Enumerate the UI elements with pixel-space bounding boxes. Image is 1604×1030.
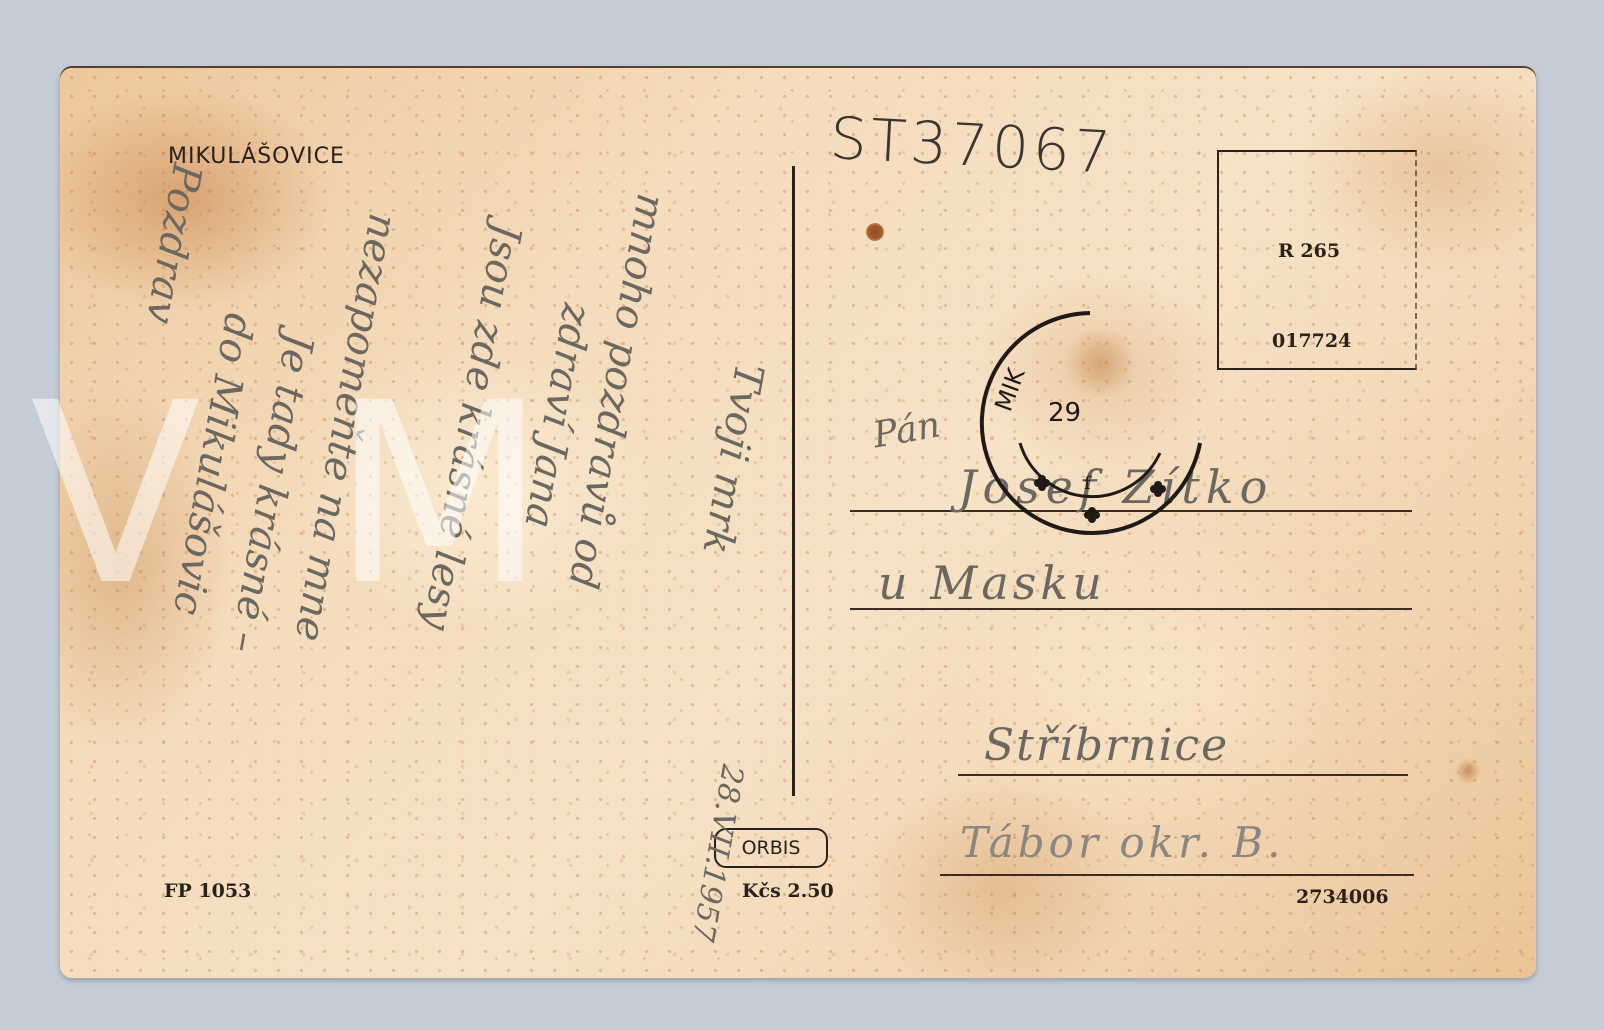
cross-ornament-icon <box>1034 475 1166 523</box>
postmark-letter: f <box>1084 473 1092 494</box>
publisher-logo-text: ORBIS <box>742 837 801 859</box>
stain-spot <box>1455 758 1481 784</box>
address-line-3 <box>958 774 1408 776</box>
address-line-4 <box>940 874 1414 876</box>
message-line: Jsou zde krásné lesy <box>413 220 530 633</box>
price-label: Kčs 2.50 <box>742 880 834 902</box>
postmark-day: 29 <box>1048 398 1081 428</box>
postmark-stamp: 29 MIK f <box>960 293 1220 553</box>
serial-number: 2734006 <box>1296 886 1389 908</box>
address-salutation: Pán <box>870 404 943 456</box>
inventory-mark: ST37067 <box>828 104 1116 187</box>
postcard-back: MIKULÁŠOVICE ORBIS FP 1053 Kčs 2.50 2734… <box>60 68 1536 978</box>
stamp-box-code: R 265 <box>1278 240 1340 262</box>
address-town: Stříbrnice <box>984 720 1229 771</box>
address-street: u Masku <box>878 556 1106 610</box>
message-line: Tvoji mrk <box>693 360 772 558</box>
catalog-code: FP 1053 <box>164 880 251 902</box>
message-line: Pozdrav <box>137 160 210 327</box>
stamp-box-number: 017724 <box>1272 330 1351 352</box>
address-district: Tábor okr. B. <box>960 818 1285 867</box>
stain-spot <box>866 223 884 241</box>
message-address-divider <box>792 166 795 796</box>
